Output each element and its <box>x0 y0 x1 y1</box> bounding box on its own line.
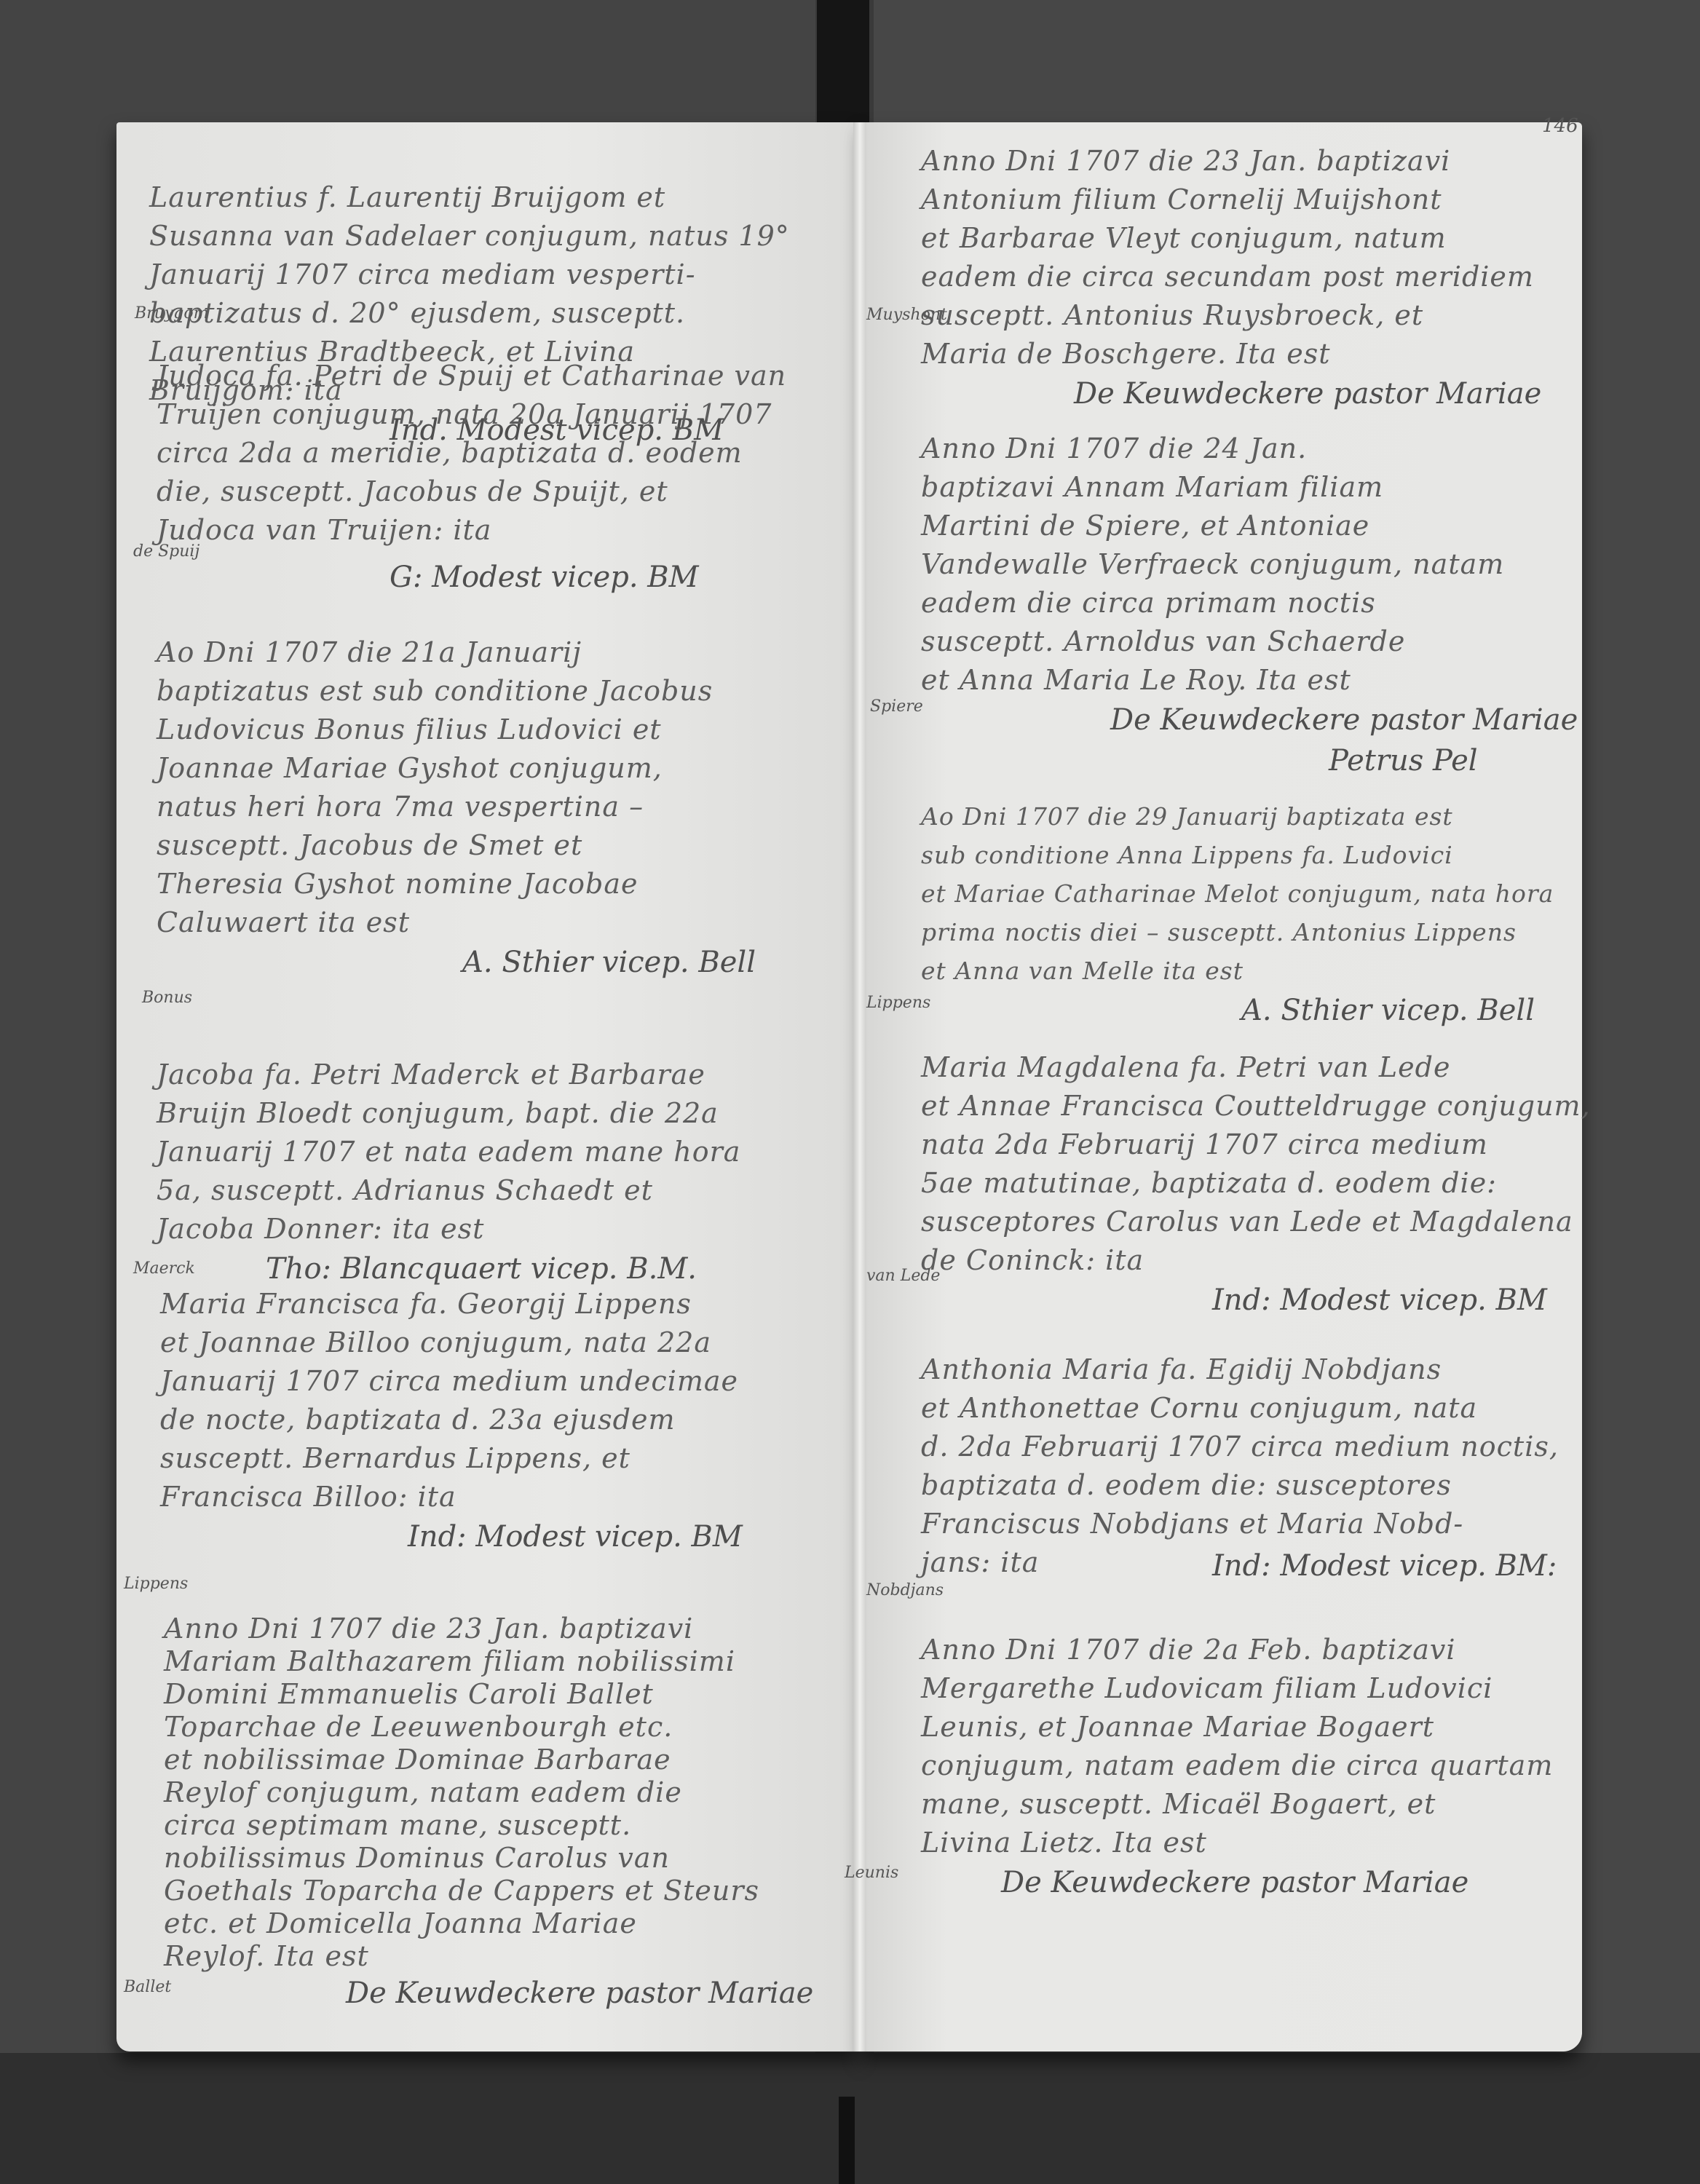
entry-line: die, susceptt. Jacobus de Spuijt, et <box>157 472 786 511</box>
entry-line: Anno Dni 1707 die 23 Jan. baptizavi <box>921 142 1541 181</box>
entry-line: prima noctis diei – susceptt. Antonius L… <box>921 913 1554 951</box>
register-entry: Ao Dni 1707 die 21a Januarij baptizatus … <box>157 633 756 983</box>
entry-line: Vandewalle Verfraeck conjugum, natam <box>921 545 1578 584</box>
margin-surname: Lippens <box>124 1575 188 1593</box>
entry-line: susceptt. Jacobus de Smet et <box>157 826 756 865</box>
entry-line: baptizata d. eodem die: susceptores <box>921 1466 1559 1505</box>
entry-signature: A. Sthier vicep. Bell <box>921 990 1554 1031</box>
entry-line: susceptt. Bernardus Lippens, et <box>160 1439 743 1478</box>
entry-signature: De Keuwdeckere pastor Mariae <box>921 373 1541 414</box>
entry-line: Maria de Boschgere. Ita est <box>921 335 1541 373</box>
entry-line: Judoca van Truijen: ita <box>157 511 786 550</box>
entry-signature: Ind: Modest vicep. BM <box>921 1280 1591 1321</box>
entry-line: 5a, susceptt. Adrianus Schaedt et <box>157 1171 740 1210</box>
entry-line: Susanna van Sadelaer conjugum, natus 19° <box>149 217 790 256</box>
entry-line: susceptt. Arnoldus van Schaerde <box>921 622 1578 661</box>
entry-line: susceptt. Antonius Ruysbroeck, et <box>921 296 1541 335</box>
entry-line: natus heri hora 7ma vespertina – <box>157 788 756 826</box>
entry-line: sub conditione Anna Lippens fa. Ludovici <box>921 836 1554 874</box>
entry-line: 5ae matutinae, baptizata d. eodem die: <box>921 1164 1591 1203</box>
entry-line: Ludovicus Bonus filius Ludovici et <box>157 711 756 749</box>
register-entry: Ao Dni 1707 die 29 Januarij baptizata es… <box>921 797 1554 1031</box>
entry-signature: G: Modest vicep. BM <box>157 557 786 598</box>
entry-line: Toparchae de Leeuwenbourgh etc. <box>164 1711 813 1744</box>
register-entry: Anthonia Maria fa. Egidij Nobdjans et An… <box>921 1350 1559 1586</box>
entry-line: Anno Dni 1707 die 23 Jan. baptizavi <box>164 1613 813 1645</box>
register-entry: Maria Magdalena fa. Petri van Lede et An… <box>921 1048 1591 1321</box>
entry-line: Jacoba fa. Petri Maderck et Barbarae <box>157 1056 740 1094</box>
entry-line: susceptores Carolus van Lede et Magdalen… <box>921 1203 1591 1241</box>
entry-line: Reylof. Ita est <box>164 1940 813 1973</box>
entry-line: eadem die circa secundam post meridiem <box>921 258 1541 296</box>
entry-line: nata 2da Februarij 1707 circa medium <box>921 1125 1591 1164</box>
entry-line: et Joannae Billoo conjugum, nata 22a <box>160 1324 743 1362</box>
entry-line: nobilissimus Dominus Carolus van <box>164 1842 813 1875</box>
margin-surname: Ballet <box>124 1978 171 1996</box>
margin-surname: Leunis <box>845 1864 898 1882</box>
entry-line: Theresia Gyshot nomine Jacobae <box>157 865 756 903</box>
entry-signature: De Keuwdeckere pastor Mariae <box>164 1973 813 2014</box>
entry-line: et Barbarae Vleyt conjugum, natum <box>921 219 1541 258</box>
margin-surname: Nobdjans <box>866 1581 944 1599</box>
register-entry: Anno Dni 1707 die 24 Jan. baptizavi Anna… <box>921 430 1578 781</box>
entry-line: et Anna van Melle ita est <box>921 951 1554 990</box>
entry-line: Martini de Spiere, et Antoniae <box>921 507 1578 545</box>
entry-line: et Anthonettae Cornu conjugum, nata <box>921 1389 1559 1428</box>
entry-line: Goethals Toparcha de Cappers et Steurs <box>164 1875 813 1907</box>
entry-line: Maria Magdalena fa. Petri van Lede <box>921 1048 1591 1087</box>
book-spine-gutter <box>853 122 866 2052</box>
entry-signature: Tho: Blancquaert vicep. B.M. <box>157 1249 740 1289</box>
entry-line: Antonium filium Cornelij Muijshont <box>921 181 1541 219</box>
entry-signature: De Keuwdeckere pastor Mariae <box>921 700 1578 740</box>
entry-signature: A. Sthier vicep. Bell <box>157 942 756 983</box>
entry-line: Januarij 1707 circa medium undecimae <box>160 1362 743 1401</box>
entry-line: Livina Lietz. Ita est <box>921 1824 1553 1862</box>
entry-line: Franciscus Nobdjans et Maria Nobd- <box>921 1505 1559 1543</box>
entry-line: Jacoba Donner: ita est <box>157 1210 740 1249</box>
entry-line: Joannae Mariae Gyshot conjugum, <box>157 749 756 788</box>
entry-signature: Ind: Modest vicep. BM <box>160 1516 743 1557</box>
entry-line: et Annae Francisca Coutteldrugge conjugu… <box>921 1087 1591 1125</box>
margin-surname: Lippens <box>866 994 930 1012</box>
entry-line: et nobilissimae Dominae Barbarae <box>164 1744 813 1776</box>
folio-number: 146 <box>1542 115 1578 137</box>
entry-line: Laurentius f. Laurentij Bruijgom et <box>149 178 790 217</box>
entry-signature-secondary: Petrus Pel <box>921 740 1578 781</box>
entry-signature: De Keuwdeckere pastor Mariae <box>921 1862 1553 1903</box>
entry-line: Francisca Billoo: ita <box>160 1478 743 1516</box>
entry-line: Judoca fa. Petri de Spuij et Catharinae … <box>157 357 786 395</box>
entry-line: Mariam Balthazarem filiam nobilissimi <box>164 1645 813 1678</box>
entry-line: Januarij 1707 et nata eadem mane hora <box>157 1133 740 1171</box>
entry-line: conjugum, natam eadem die circa quartam <box>921 1746 1553 1785</box>
register-entry: Anno Dni 1707 die 2a Feb. baptizavi Merg… <box>921 1631 1553 1903</box>
binding-strip-bottom <box>839 2097 855 2184</box>
entry-line: Januarij 1707 circa mediam vesperti- <box>149 256 790 294</box>
entry-line: mane, susceptt. Micaël Bogaert, et <box>921 1785 1553 1824</box>
binding-strip <box>817 0 869 127</box>
margin-surname: Bruygom <box>135 304 208 323</box>
entry-line: Leunis, et Joannae Mariae Bogaert <box>921 1708 1553 1746</box>
entry-line: Truijen conjugum, nata 20a Januarij 1707 <box>157 395 786 434</box>
margin-surname: de Spuij <box>133 542 199 561</box>
entry-line: Ao Dni 1707 die 29 Januarij baptizata es… <box>921 797 1554 836</box>
entry-line: circa 2da a meridie, baptizata d. eodem <box>157 434 786 472</box>
entry-line: Mergarethe Ludovicam filiam Ludovici <box>921 1669 1553 1708</box>
entry-line: eadem die circa primam noctis <box>921 584 1578 622</box>
margin-surname: Bonus <box>142 989 192 1007</box>
entry-line: Anthonia Maria fa. Egidij Nobdjans <box>921 1350 1559 1389</box>
margin-surname: Maerck <box>133 1259 195 1278</box>
entry-line: baptizatus est sub conditione Jacobus <box>157 672 756 711</box>
register-entry: Anno Dni 1707 die 23 Jan. baptizavi Mari… <box>164 1613 813 2014</box>
entry-line: et Anna Maria Le Roy. Ita est <box>921 661 1578 700</box>
margin-surname: Spiere <box>870 697 923 716</box>
register-entry: Maria Francisca fa. Georgij Lippens et J… <box>160 1285 743 1557</box>
entry-line: et Mariae Catharinae Melot conjugum, nat… <box>921 874 1554 913</box>
entry-line: Reylof conjugum, natam eadem die <box>164 1776 813 1809</box>
register-entry: Judoca fa. Petri de Spuij et Catharinae … <box>157 357 786 598</box>
entry-line: Ao Dni 1707 die 21a Januarij <box>157 633 756 672</box>
register-entry: Jacoba fa. Petri Maderck et Barbarae Bru… <box>157 1056 740 1289</box>
entry-line: baptizatus d. 20° ejusdem, susceptt. <box>149 294 790 333</box>
entry-line: baptizavi Annam Mariam filiam <box>921 468 1578 507</box>
entry-line: Anno Dni 1707 die 24 Jan. <box>921 430 1578 468</box>
entry-line: circa septimam mane, susceptt. <box>164 1809 813 1842</box>
entry-line: d. 2da Februarij 1707 circa medium nocti… <box>921 1428 1559 1466</box>
entry-line: Caluwaert ita est <box>157 903 756 942</box>
entry-line: de nocte, baptizata d. 23a ejusdem <box>160 1401 743 1439</box>
entry-line: de Coninck: ita <box>921 1241 1591 1280</box>
entry-line: etc. et Domicella Joanna Mariae <box>164 1907 813 1940</box>
entry-line: Anno Dni 1707 die 2a Feb. baptizavi <box>921 1631 1553 1669</box>
entry-line: Bruijn Bloedt conjugum, bapt. die 22a <box>157 1094 740 1133</box>
entry-line: Domini Emmanuelis Caroli Ballet <box>164 1678 813 1711</box>
margin-surname: van Lede <box>866 1267 940 1285</box>
register-entry: Anno Dni 1707 die 23 Jan. baptizavi Anto… <box>921 142 1541 414</box>
margin-surname: Muyshont <box>866 306 947 324</box>
entry-line: Maria Francisca fa. Georgij Lippens <box>160 1285 743 1324</box>
